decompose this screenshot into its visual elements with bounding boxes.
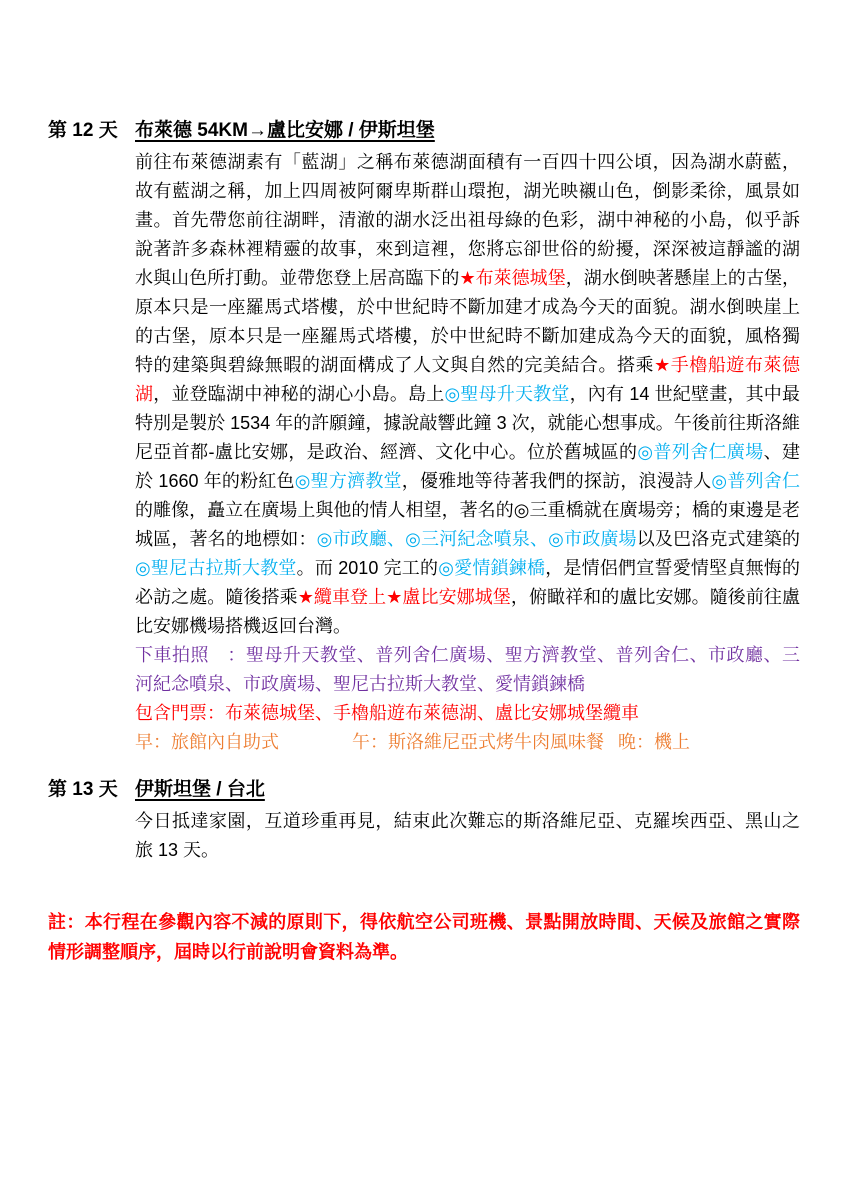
day-13-description: 今日抵達家園，互道珍重再見，結束此次難忘的斯洛維尼亞、克羅埃西亞、黑山之旅 13… bbox=[135, 807, 800, 865]
body-segment-blue: ◎市政廳、◎三河紀念噴泉、◎市政廣場 bbox=[317, 529, 637, 549]
body-segment-black: ，並登臨湖中神秘的湖心小島。島上 bbox=[153, 384, 444, 404]
body-segment-blue: ◎聖母升天教堂 bbox=[444, 384, 569, 404]
body-segment-red: ★纜車登上★盧比安娜城堡 bbox=[298, 587, 511, 607]
day-12-description: 前往布萊德湖素有「藍湖」之稱布萊德湖面積有一百四十四公頃，因為湖水蔚藍，故有藍湖… bbox=[135, 148, 800, 641]
day-13-content: 伊斯坦堡 / 台北 今日抵達家園，互道珍重再見，結束此次難忘的斯洛維尼亞、克羅埃… bbox=[135, 777, 800, 865]
body-segment-blue: ◎聖尼古拉斯大教堂 bbox=[135, 558, 297, 578]
itinerary-page: 第 12 天 布萊德 54KM→盧比安娜 / 伊斯坦堡 前往布萊德湖素有「藍湖」… bbox=[0, 0, 849, 1200]
body-segment-black: 以及巴洛克式建築的 bbox=[637, 529, 800, 549]
body-segment-black: 今日抵達家園，互道珍重再見，結束此次難忘的斯洛維尼亞、克羅埃西亞、黑山之旅 13… bbox=[135, 811, 800, 860]
day-12-included-tickets-line: 包含門票：布萊德城堡、手櫓船遊布萊德湖、盧比安娜城堡纜車 bbox=[135, 699, 800, 728]
body-segment-blue: ◎聖方濟教堂 bbox=[295, 471, 402, 491]
day-13-section: 第 13 天 伊斯坦堡 / 台北 今日抵達家園，互道珍重再見，結束此次難忘的斯洛… bbox=[48, 777, 800, 865]
body-segment-blue: ◎普列舍仁廣場 bbox=[637, 442, 763, 462]
lunch-label: 午：斯洛維尼亞式烤牛肉風味餐 bbox=[352, 728, 618, 757]
day-13-label: 第 13 天 bbox=[48, 777, 135, 803]
day-12-content: 布萊德 54KM→盧比安娜 / 伊斯坦堡 前往布萊德湖素有「藍湖」之稱布萊德湖面… bbox=[135, 118, 800, 757]
body-segment-blue: ◎愛情鎖鍊橋 bbox=[438, 558, 545, 578]
day-12-section: 第 12 天 布萊德 54KM→盧比安娜 / 伊斯坦堡 前往布萊德湖素有「藍湖」… bbox=[48, 118, 800, 757]
body-segment-black: 。而 2010 完工的 bbox=[297, 558, 439, 578]
day-13-title: 伊斯坦堡 / 台北 bbox=[135, 777, 265, 803]
dinner-label: 晚：機上 bbox=[618, 728, 800, 757]
day-12-label: 第 12 天 bbox=[48, 118, 135, 144]
day-12-photo-stops-line: 下車拍照 ：聖母升天教堂、普列舍仁廣場、聖方濟教堂、普列舍仁、市政廳、三河紀念噴… bbox=[135, 641, 800, 699]
itinerary-disclaimer-note: 註：本行程在參觀內容不減的原則下，得依航空公司班機、景點開放時間、天候及旅館之實… bbox=[48, 907, 800, 967]
day-12-meals-row: 早：旅館內自助式 午：斯洛維尼亞式烤牛肉風味餐 晚：機上 bbox=[135, 728, 800, 757]
body-segment-black: ，優雅地等待著我們的探訪，浪漫詩人 bbox=[402, 471, 712, 491]
day-12-title: 布萊德 54KM→盧比安娜 / 伊斯坦堡 bbox=[135, 118, 435, 144]
breakfast-label: 早：旅館內自助式 bbox=[135, 728, 352, 757]
body-segment-red: ★布萊德城堡 bbox=[459, 268, 565, 288]
body-segment-blue: ◎普列舍仁 bbox=[711, 471, 800, 491]
